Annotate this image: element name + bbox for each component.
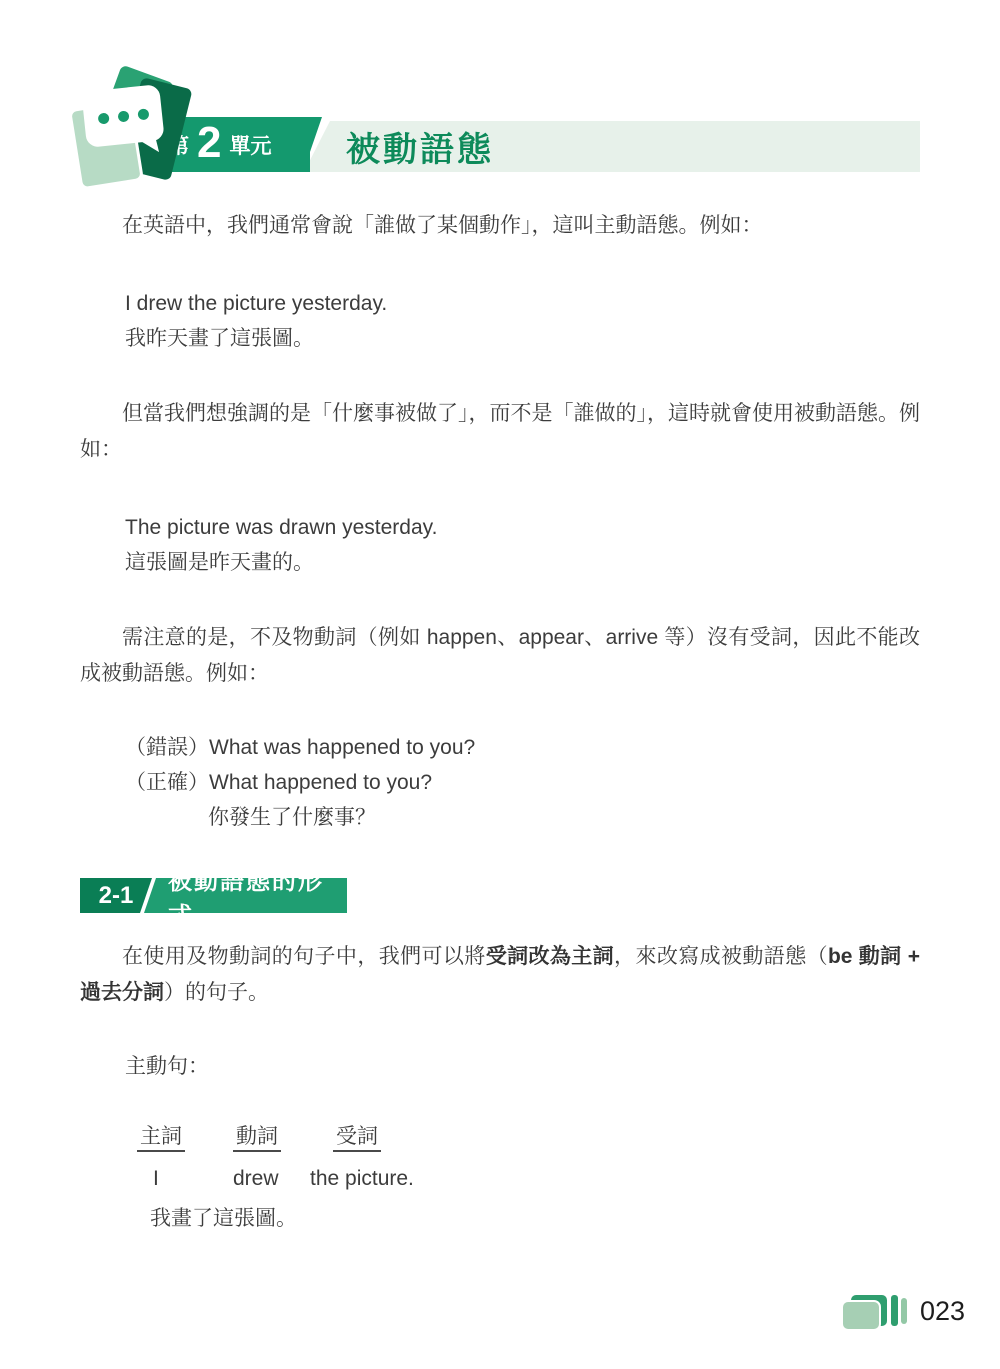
unit-suffix: 單元 [229, 130, 271, 160]
book-spine-dark [891, 1295, 898, 1326]
paragraph-passive-voice-intro: 但當我們想強調的是「什麼事被做了」，而不是「誰做的」，這時就會使用被動語態。例如… [80, 396, 920, 468]
para4-text: ，來改寫成被動語態（ [614, 945, 828, 968]
example-chinese: 你發生了什麼事？ [125, 800, 920, 835]
para4-text: ）的句子。 [164, 981, 269, 1004]
cell-verb: drew [233, 1161, 310, 1197]
unit-number: 2 [197, 121, 221, 165]
paragraph-passive-form: 在使用及物動詞的句子中，我們可以將受詞改為主詞，來改寫成被動語態（be 動詞 +… [80, 939, 920, 1011]
example-chinese: 這張圖是昨天畫的。 [125, 545, 920, 580]
chapter-header: 第 2 單元 被動語態 [0, 0, 1000, 208]
para4-keyword-object-to-subject: 受詞改為主詞 [486, 945, 614, 968]
book-spine-light [901, 1298, 907, 1324]
wrong-example-line: （錯誤）What was happened to you? [125, 730, 920, 765]
example-english: The picture was drawn yesterday. [125, 510, 920, 545]
header-verb: 動詞 [233, 1119, 333, 1155]
example-wrong-right: （錯誤）What was happened to you? （正確）What h… [80, 730, 920, 835]
chapter-title: 被動語態 [346, 121, 494, 172]
example-active-sentence: I drew the picture yesterday. 我昨天畫了這張圖。 [80, 286, 920, 356]
wrong-label: （錯誤） [125, 736, 209, 759]
stacked-books-icon [843, 1291, 907, 1331]
section-number: 2-1 [80, 878, 152, 913]
bubble-dot [117, 110, 129, 122]
chat-pages-icon [72, 76, 198, 194]
grammar-table: 主詞 動詞 受詞 I drew the picture. 我畫了這張圖。 [80, 1119, 920, 1237]
header-subject: 主詞 [137, 1119, 233, 1155]
para4-text: 在使用及物動詞的句子中，我們可以將 [122, 945, 486, 968]
page-number: 023 [920, 1296, 965, 1327]
cell-object: the picture. [310, 1161, 414, 1197]
right-example-line: （正確）What happened to you? [125, 765, 920, 800]
cell-subject: I [153, 1161, 233, 1197]
active-sentence-label: 主動句： [80, 1049, 920, 1085]
bubble-dot [97, 112, 109, 124]
right-sentence: What happened to you? [209, 771, 432, 794]
paragraph-active-voice-intro: 在英語中，我們通常會說「誰做了某個動作」，這叫主動語態。例如： [80, 208, 920, 244]
wrong-sentence: What was happened to you? [209, 736, 475, 759]
grammar-header-row: 主詞 動詞 受詞 [80, 1119, 920, 1155]
page-content: 在英語中，我們通常會說「誰做了某個動作」，這叫主動語態。例如： I drew t… [0, 208, 1000, 1237]
example-passive-sentence: The picture was drawn yesterday. 這張圖是昨天畫… [80, 510, 920, 580]
paragraph-intransitive-note: 需注意的是，不及物動詞（例如 happen、appear、arrive 等）沒有… [80, 620, 920, 692]
example-chinese: 我昨天畫了這張圖。 [125, 321, 920, 356]
grammar-caption: 我畫了這張圖。 [80, 1201, 920, 1237]
section-badge-2-1: 2-1 被動語態的形式 [80, 878, 347, 913]
page-footer: 023 [843, 1291, 965, 1331]
bubble-dot [137, 108, 149, 120]
right-label: （正確） [125, 771, 209, 794]
header-object: 受詞 [333, 1119, 381, 1155]
speech-bubble-icon [81, 84, 164, 148]
section-title: 被動語態的形式 [144, 878, 347, 913]
example-english: I drew the picture yesterday. [125, 286, 920, 321]
book-front-shape [843, 1302, 879, 1329]
grammar-example-row: I drew the picture. [80, 1161, 920, 1197]
